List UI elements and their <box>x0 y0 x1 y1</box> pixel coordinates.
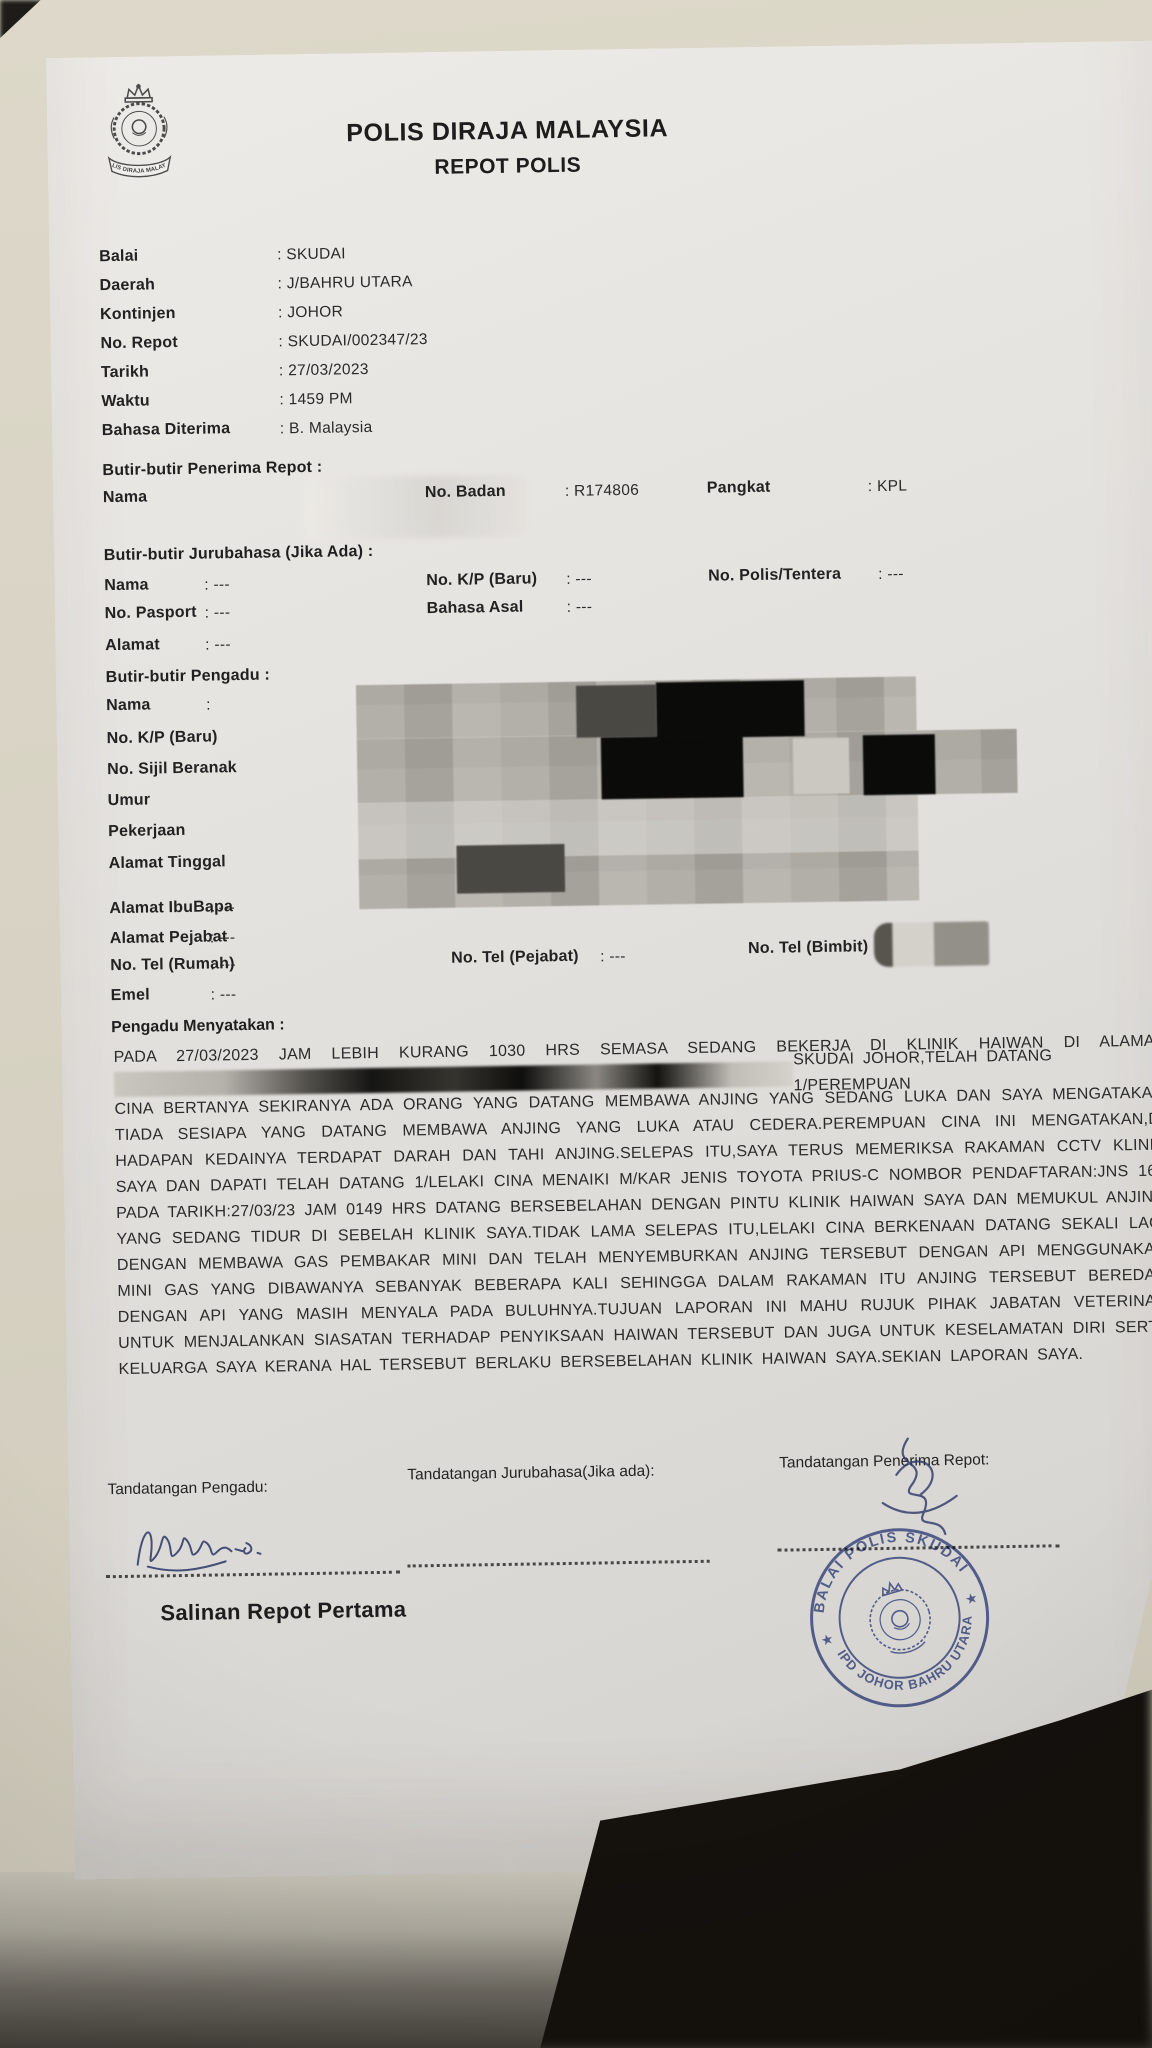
jurubahasa-pasport-label: No. Pasport <box>105 604 197 623</box>
field-value-kontinjen: : JOHOR <box>278 303 343 322</box>
contact-tel-bimbit-label: No. Tel (Bimbit) <box>748 938 869 958</box>
penerima-no-badan-value: : R174806 <box>565 482 640 501</box>
signature-line-jurubahasa <box>408 1560 710 1568</box>
jurubahasa-polis-value: : --- <box>878 566 904 584</box>
redaction-block <box>576 684 657 737</box>
field-value-daerah: : J/BAHRU UTARA <box>277 273 412 293</box>
redaction-block <box>456 844 565 894</box>
contact-tel-pejabat-value: : --- <box>600 948 626 966</box>
penerima-pangkat-label: Pangkat <box>707 479 771 498</box>
pengadu-label-pekerjaan: Pekerjaan <box>108 822 186 841</box>
signature-label-jurubahasa: Tandatangan Jurubahasa(Jika ada): <box>407 1463 655 1485</box>
contact-emel-value: : --- <box>211 986 237 1004</box>
redaction-block <box>601 735 744 799</box>
page-title: POLIS DIRAJA MALAYSIA <box>307 114 707 149</box>
jurubahasa-pasport-value: : --- <box>205 604 231 622</box>
contact-tel-rumah-value: : --- <box>210 956 236 974</box>
pengadu-label-alamat-tinggal: Alamat Tinggal <box>109 853 226 873</box>
field-label-tarikh: Tarikh <box>101 363 149 382</box>
jurubahasa-nama-value: : --- <box>204 576 230 594</box>
redaction-tel-bimbit <box>874 921 990 967</box>
section-title-penerima: Butir-butir Penerima Repot : <box>102 459 322 480</box>
svg-text:BALAI POLIS SKUDAI: BALAI POLIS SKUDAI <box>796 1510 973 1618</box>
pengadu-label-sijil: No. Sijil Beranak <box>107 759 237 779</box>
field-label-no-repot: No. Repot <box>100 334 178 353</box>
photo-scene: POLIS DIRAJA MALAYSIA POLIS DIRAJA MALAY… <box>0 0 1152 2048</box>
page-subtitle: REPOT POLIS <box>308 152 708 182</box>
police-crest-icon: POLIS DIRAJA MALAYSIA <box>90 78 188 185</box>
pengadu-nama-colon: : <box>206 696 211 714</box>
field-value-tarikh: : 27/03/2023 <box>279 361 369 380</box>
field-value-waktu: : 1459 PM <box>279 390 353 409</box>
redaction-block <box>358 794 919 859</box>
pengadu-label-nama: Nama <box>106 696 151 715</box>
redaction-block <box>863 734 936 795</box>
section-title-jurubahasa: Butir-butir Jurubahasa (Jika Ada) : <box>104 543 374 565</box>
statement-text: PADA 27/03/2023 JAM LEBIH KURANG 1030 HR… <box>114 1029 1152 1383</box>
field-value-balai: : SKUDAI <box>277 245 346 264</box>
section-title-pengadu: Butir-butir Pengadu : <box>106 667 270 688</box>
field-value-bahasa-diterima: : B. Malaysia <box>280 419 373 438</box>
jurubahasa-alamat-label: Alamat <box>105 636 160 655</box>
footer-copy-label: Salinan Repot Pertama <box>160 1597 406 1627</box>
jurubahasa-kp-label: No. K/P (Baru) <box>426 570 537 590</box>
field-label-balai: Balai <box>99 248 139 267</box>
jurubahasa-polis-label: No. Polis/Tentera <box>708 566 841 586</box>
contact-pejabat-value: : --- <box>210 929 236 947</box>
pengadu-label-umur: Umur <box>108 791 151 810</box>
redaction-block <box>793 737 850 794</box>
jurubahasa-kp-value: : --- <box>566 570 592 588</box>
redaction-block <box>359 850 920 909</box>
statement-body: CINA BERTANYA SEKIRANYA ADA ORANG YANG D… <box>114 1081 1152 1383</box>
field-label-daerah: Daerah <box>99 276 155 295</box>
pengadu-label-kp: No. K/P (Baru) <box>107 728 218 748</box>
jurubahasa-bahasa-asal-label: Bahasa Asal <box>427 599 524 619</box>
penerima-no-badan-label: No. Badan <box>425 483 506 502</box>
field-value-no-repot: : SKUDAI/002347/23 <box>278 331 428 351</box>
jurubahasa-nama-label: Nama <box>104 576 149 595</box>
penerima-pangkat-value: : KPL <box>868 478 908 497</box>
contact-emel-label: Emel <box>111 986 150 1005</box>
stamp-crest-icon <box>861 1575 938 1660</box>
report-header: POLIS DIRAJA MALAYSIA REPOT POLIS <box>307 114 708 182</box>
section-title-statement: Pengadu Menyatakan : <box>111 1016 285 1037</box>
jurubahasa-alamat-value: : --- <box>205 636 231 654</box>
stamp-star-left: ★ <box>819 1630 835 1649</box>
jurubahasa-bahasa-asal-value: : --- <box>567 598 593 616</box>
field-label-kontinjen: Kontinjen <box>100 305 176 324</box>
contact-tel-pejabat-label: No. Tel (Pejabat) <box>451 948 579 968</box>
police-report-paper: POLIS DIRAJA MALAYSIA POLIS DIRAJA MALAY… <box>46 41 1152 1880</box>
stamp-top-text: BALAI POLIS SKUDAI <box>796 1510 973 1618</box>
signature-label-pengadu: Tandatangan Pengadu: <box>107 1479 268 1500</box>
field-label-waktu: Waktu <box>101 392 150 411</box>
penerima-nama-label: Nama <box>103 488 148 507</box>
field-label-bahasa-diterima: Bahasa Diterima <box>102 420 231 440</box>
contact-ibubapa-value: : --- <box>209 899 235 917</box>
stamp-star-right: ★ <box>963 1589 979 1608</box>
redaction-block <box>656 680 805 738</box>
